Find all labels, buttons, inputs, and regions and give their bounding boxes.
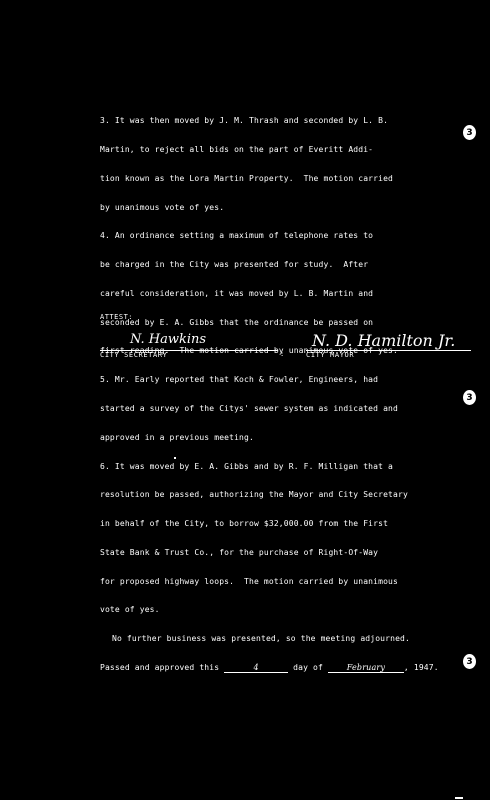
minutes-line: careful consideration, it was moved by L… [100, 289, 470, 299]
passed-approved-line: Passed and approved this 4 day of Februa… [100, 663, 470, 673]
signature-separator: : [280, 350, 284, 358]
mayor-signature: N. D. Hamilton Jr. [312, 331, 455, 350]
minutes-line: vote of yes. [100, 605, 470, 615]
scan-speck [455, 797, 463, 799]
punch-hole-icon: 3 [463, 390, 476, 405]
minutes-line: resolution be passed, authorizing the Ma… [100, 490, 470, 500]
day-handwritten: 4 [224, 663, 288, 673]
secretary-signature: N. Hawkins [130, 332, 206, 347]
minutes-body: 3. It was then moved by J. M. Thrash and… [100, 97, 470, 692]
punch-hole-icon: 3 [463, 125, 476, 140]
minutes-line: Martin, to reject all bids on the part o… [100, 145, 470, 155]
minutes-line: for proposed highway loops. The motion c… [100, 577, 470, 587]
minutes-line: by unanimous vote of yes. [100, 203, 470, 213]
minutes-line: 4. An ordinance setting a maximum of tel… [100, 231, 470, 241]
attest-label: ATTEST: [100, 313, 133, 321]
minutes-line: 3. It was then moved by J. M. Thrash and… [100, 116, 470, 126]
passed-prefix: Passed and approved this [100, 663, 219, 672]
minutes-line: State Bank & Trust Co., for the purchase… [100, 548, 470, 558]
secretary-title: CITY SECRETARY [100, 351, 167, 359]
minutes-line: No further business was presented, so th… [100, 634, 470, 644]
minutes-line: seconded by E. A. Gibbs that the ordinan… [100, 318, 470, 328]
passed-middle: day of [293, 663, 323, 672]
minutes-line: 6. It was moved by E. A. Gibbs and by R.… [100, 462, 470, 472]
minutes-line: approved in a previous meeting. [100, 433, 470, 443]
minutes-line: tion known as the Lora Martin Property. … [100, 174, 470, 184]
punch-hole-icon: 3 [463, 654, 476, 669]
minutes-line: started a survey of the Citys' sewer sys… [100, 404, 470, 414]
month-handwritten: February [328, 663, 404, 673]
mayor-title: CITY MAYOR [306, 351, 354, 359]
minutes-line: in behalf of the City, to borrow $32,000… [100, 519, 470, 529]
minutes-line: be charged in the City was presented for… [100, 260, 470, 270]
passed-suffix: , 1947. [404, 663, 439, 672]
minutes-line: 5. Mr. Early reported that Koch & Fowler… [100, 375, 470, 385]
scan-speck [174, 457, 176, 459]
scanned-document-page: 3. It was then moved by J. M. Thrash and… [0, 0, 490, 800]
